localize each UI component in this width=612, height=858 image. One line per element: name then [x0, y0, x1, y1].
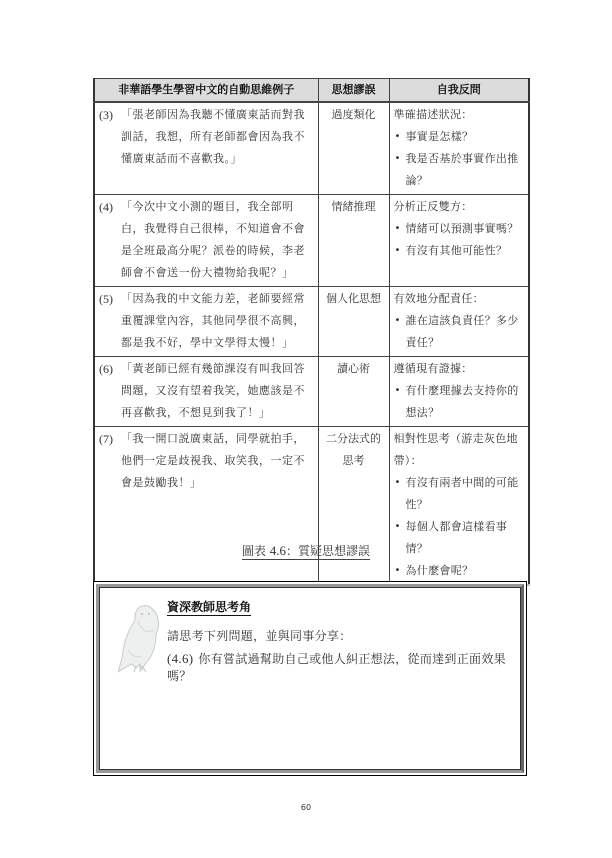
strategy-label: 相對性思考（游走灰色地帶）：: [394, 428, 525, 472]
cognitive-fallacy-table: 非華語學生學習中文的自動思維例子 思想謬誤 自我反問 (3) 「張老師因為我聽不…: [93, 78, 530, 586]
fallacy-cell: 情緒推理: [318, 195, 389, 287]
owl-icon: [118, 600, 170, 680]
reflection-question: (4.6)你有嘗試過幫助自己或他人糾正想法，從而達到正面效果嗎？: [167, 650, 520, 684]
example-cell: (3) 「張老師因為我聽不懂廣東話而對我訓話，我想，所有老師都會因為我不懂廣東話…: [94, 102, 318, 195]
strategy-label: 有效地分配責任：: [394, 288, 525, 310]
question-item: 有沒有兩者中間的可能性？: [394, 472, 525, 516]
example-cell: (6) 「黃老師已經有幾節課沒有叫我回答問題，又沒有望着我笑，她應該是不再喜歡我…: [94, 357, 318, 427]
reflection-title: 資深教師思考角: [167, 600, 251, 616]
example-cell: (4) 「今次中文小測的題目，我全部明白，我覺得自己很棒，不知道會不會是全班最高…: [94, 195, 318, 287]
reflection-intro: 請思考下列問題，並與同事分享：: [167, 627, 352, 644]
caption-prefix: 圖表: [242, 544, 270, 560]
self-question-cell: 遵循現有證據： 有什麼理據去支持你的想法？: [389, 357, 529, 427]
question-list: 誰在這該負責任？多少責任？: [394, 310, 525, 354]
table-row: (3) 「張老師因為我聽不懂廣東話而對我訓話，我想，所有老師都會因為我不懂廣東話…: [94, 102, 529, 195]
example-text: 「今次中文小測的題目，我全部明白，我覺得自己很棒，不知道會不會是全班最高分呢？派…: [121, 196, 314, 284]
example-number: (6): [99, 358, 121, 424]
question-item: 情緒可以預測事實嗎？: [394, 218, 525, 240]
question-item: 誰在這該負責任？多少責任？: [394, 310, 525, 354]
question-list: 有沒有兩者中間的可能性？ 每個人都會這樣看事情？ 為什麼會呢？: [394, 472, 525, 582]
header-self-question: 自我反問: [389, 79, 529, 103]
table-row: (4) 「今次中文小測的題目，我全部明白，我覺得自己很棒，不知道會不會是全班最高…: [94, 195, 529, 287]
caption-title: ：質疑思想謬誤: [286, 544, 370, 558]
question-list: 事實是怎樣？ 我是否基於事實作出推論？: [394, 126, 525, 192]
self-question-cell: 分析正反雙方： 情緒可以預測事實嗎？ 有沒有其他可能性？: [389, 195, 529, 287]
page-number: 60: [0, 803, 612, 812]
self-question-cell: 有效地分配責任： 誰在這該負責任？多少責任？: [389, 287, 529, 357]
fallacy-cell: 讀心術: [318, 357, 389, 427]
example-cell: (7) 「我一開口説廣東話，同學就拍手，他們一定是歧視我、取笑我，一定不會是鼓勵…: [94, 427, 318, 586]
example-text: 「因為我的中文能力差，老師要經常重覆課堂內容，其他同學很不高興，都是我不好，學中…: [121, 288, 314, 354]
question-item: 我是否基於事實作出推論？: [394, 148, 525, 192]
fallacy-cell: 個人化思想: [318, 287, 389, 357]
example-text: 「黃老師已經有幾節課沒有叫我回答問題，又沒有望着我笑，她應該是不再喜歡我，不想見…: [121, 358, 314, 424]
table-header-row: 非華語學生學習中文的自動思維例子 思想謬誤 自我反問: [94, 79, 529, 103]
strategy-label: 準確描述狀況：: [394, 104, 525, 126]
strategy-label: 分析正反雙方：: [394, 196, 525, 218]
fallacy-cell: 過度類化: [318, 102, 389, 195]
fallacy-cell: 二分法式的思考: [318, 427, 389, 586]
example-cell: (5) 「因為我的中文能力差，老師要經常重覆課堂內容，其他同學很不高興，都是我不…: [94, 287, 318, 357]
question-number: (4.6): [167, 651, 193, 666]
figure-caption: 圖表 4.6：質疑思想謬誤: [0, 542, 612, 559]
header-fallacy: 思想謬誤: [318, 79, 389, 103]
question-list: 情緒可以預測事實嗎？ 有沒有其他可能性？: [394, 218, 525, 262]
strategy-label: 遵循現有證據：: [394, 358, 525, 380]
header-example: 非華語學生學習中文的自動思維例子: [94, 79, 318, 103]
example-number: (4): [99, 196, 121, 284]
self-question-cell: 準確描述狀況： 事實是怎樣？ 我是否基於事實作出推論？: [389, 102, 529, 195]
document-page: 非華語學生學習中文的自動思維例子 思想謬誤 自我反問 (3) 「張老師因為我聽不…: [0, 0, 612, 858]
teacher-reflection-box: 資深教師思考角 請思考下列問題，並與同事分享： (4.6)你有嘗試過幫助自己或他…: [93, 581, 527, 776]
question-text: 你有嘗試過幫助自己或他人糾正想法，從而達到正面效果嗎？: [167, 652, 506, 683]
table-row: (5) 「因為我的中文能力差，老師要經常重覆課堂內容，其他同學很不高興，都是我不…: [94, 287, 529, 357]
example-text: 「我一開口説廣東話，同學就拍手，他們一定是歧視我、取笑我，一定不會是鼓勵我！」: [121, 428, 314, 494]
example-number: (7): [99, 428, 121, 494]
question-list: 有什麼理據去支持你的想法？: [394, 380, 525, 424]
table-row: (6) 「黃老師已經有幾節課沒有叫我回答問題，又沒有望着我笑，她應該是不再喜歡我…: [94, 357, 529, 427]
caption-number: 4.6: [270, 543, 286, 558]
example-text: 「張老師因為我聽不懂廣東話而對我訓話，我想，所有老師都會因為我不懂廣東話而不喜歡…: [121, 104, 314, 170]
example-number: (3): [99, 104, 121, 170]
table-row: (7) 「我一開口説廣東話，同學就拍手，他們一定是歧視我、取笑我，一定不會是鼓勵…: [94, 427, 529, 586]
self-question-cell: 相對性思考（游走灰色地帶）： 有沒有兩者中間的可能性？ 每個人都會這樣看事情？ …: [389, 427, 529, 586]
example-number: (5): [99, 288, 121, 354]
question-item: 有沒有其他可能性？: [394, 240, 525, 262]
question-item: 事實是怎樣？: [394, 126, 525, 148]
question-item: 有什麼理據去支持你的想法？: [394, 380, 525, 424]
question-item: 為什麼會呢？: [394, 560, 525, 582]
